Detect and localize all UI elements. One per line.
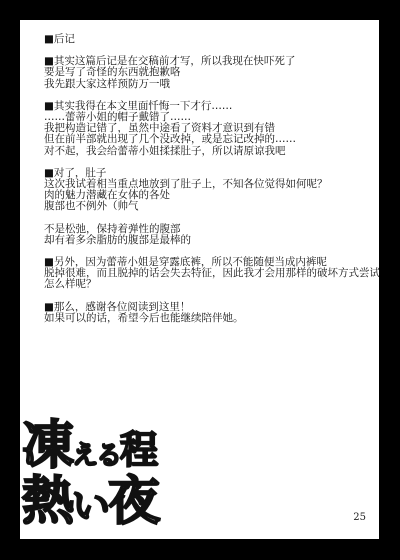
title-glyph: 凍 [22,418,72,474]
text-line: 对不起，我会给蕾蒂小姐揉揉肚子，所以请原谅我吧 [44,146,374,157]
title-glyph: 夜 [108,474,158,530]
text-line: 怎么样呢？ [44,279,374,290]
section-paragraph: ■那么，感谢各位阅读到这里！ 如果可以的话，希望今后也能继续陪伴她。 [44,302,374,324]
text-line: 如果可以的话，希望今后也能继续陪伴她。 [44,313,374,324]
section-paragraph: 不是松弛，保持着弹性的腹部 却有着多余脂肪的腹部是最棒的 [44,224,374,246]
page-number: 25 [353,512,366,523]
title-logo: 凍 える 程 熱 い 夜 [22,418,172,539]
section-paragraph: ■另外，因为蕾蒂小姐是穿露底裤，所以不能随便当成内裤呢 脱掉很难，而且脱掉的话会… [44,257,374,291]
text-line: 但在前半部就出现了几个没改掉，或是忘记改掉的…… [44,134,374,145]
text-line: ■后记 [44,34,374,45]
section-paragraph: ■其实我得在本文里面忏悔一下才行…… ……蕾蒂小姐的帽子戴错了…… 我把构造记错… [44,101,374,157]
text-line: 却有着多余脂肪的腹部是最棒的 [44,235,374,246]
text-line: 我先跟大家这样预防万一哦 [44,79,374,90]
title-glyph: 程 [120,426,156,474]
title-glyph: い [72,482,108,530]
title-glyph: える [72,438,120,474]
section-paragraph: ■对了，肚子 这次我试着相当重点地放到了肚子上，不知各位觉得如何呢？ 肉的魅力潜… [44,168,374,213]
document-page: ■后记 ■其实这篇后记是在交稿前才写，所以我现在快吓死了 要是写了奇怪的东西就抱… [20,20,379,539]
text-line: 要是写了奇怪的东西就抱歉咯 [44,67,374,78]
title-glyph: 熱 [22,474,72,530]
section-paragraph: ■其实这篇后记是在交稿前才写，所以我现在快吓死了 要是写了奇怪的东西就抱歉咯 我… [44,56,374,90]
text-line: 腹部也不例外（帅气 [44,201,374,212]
title-row-1: 凍 える 程 [22,418,172,474]
section-heading: ■后记 [44,34,374,45]
afterword-text: ■后记 ■其实这篇后记是在交稿前才写，所以我现在快吓死了 要是写了奇怪的东西就抱… [44,34,374,335]
title-row-2: 熱 い 夜 [22,474,172,530]
